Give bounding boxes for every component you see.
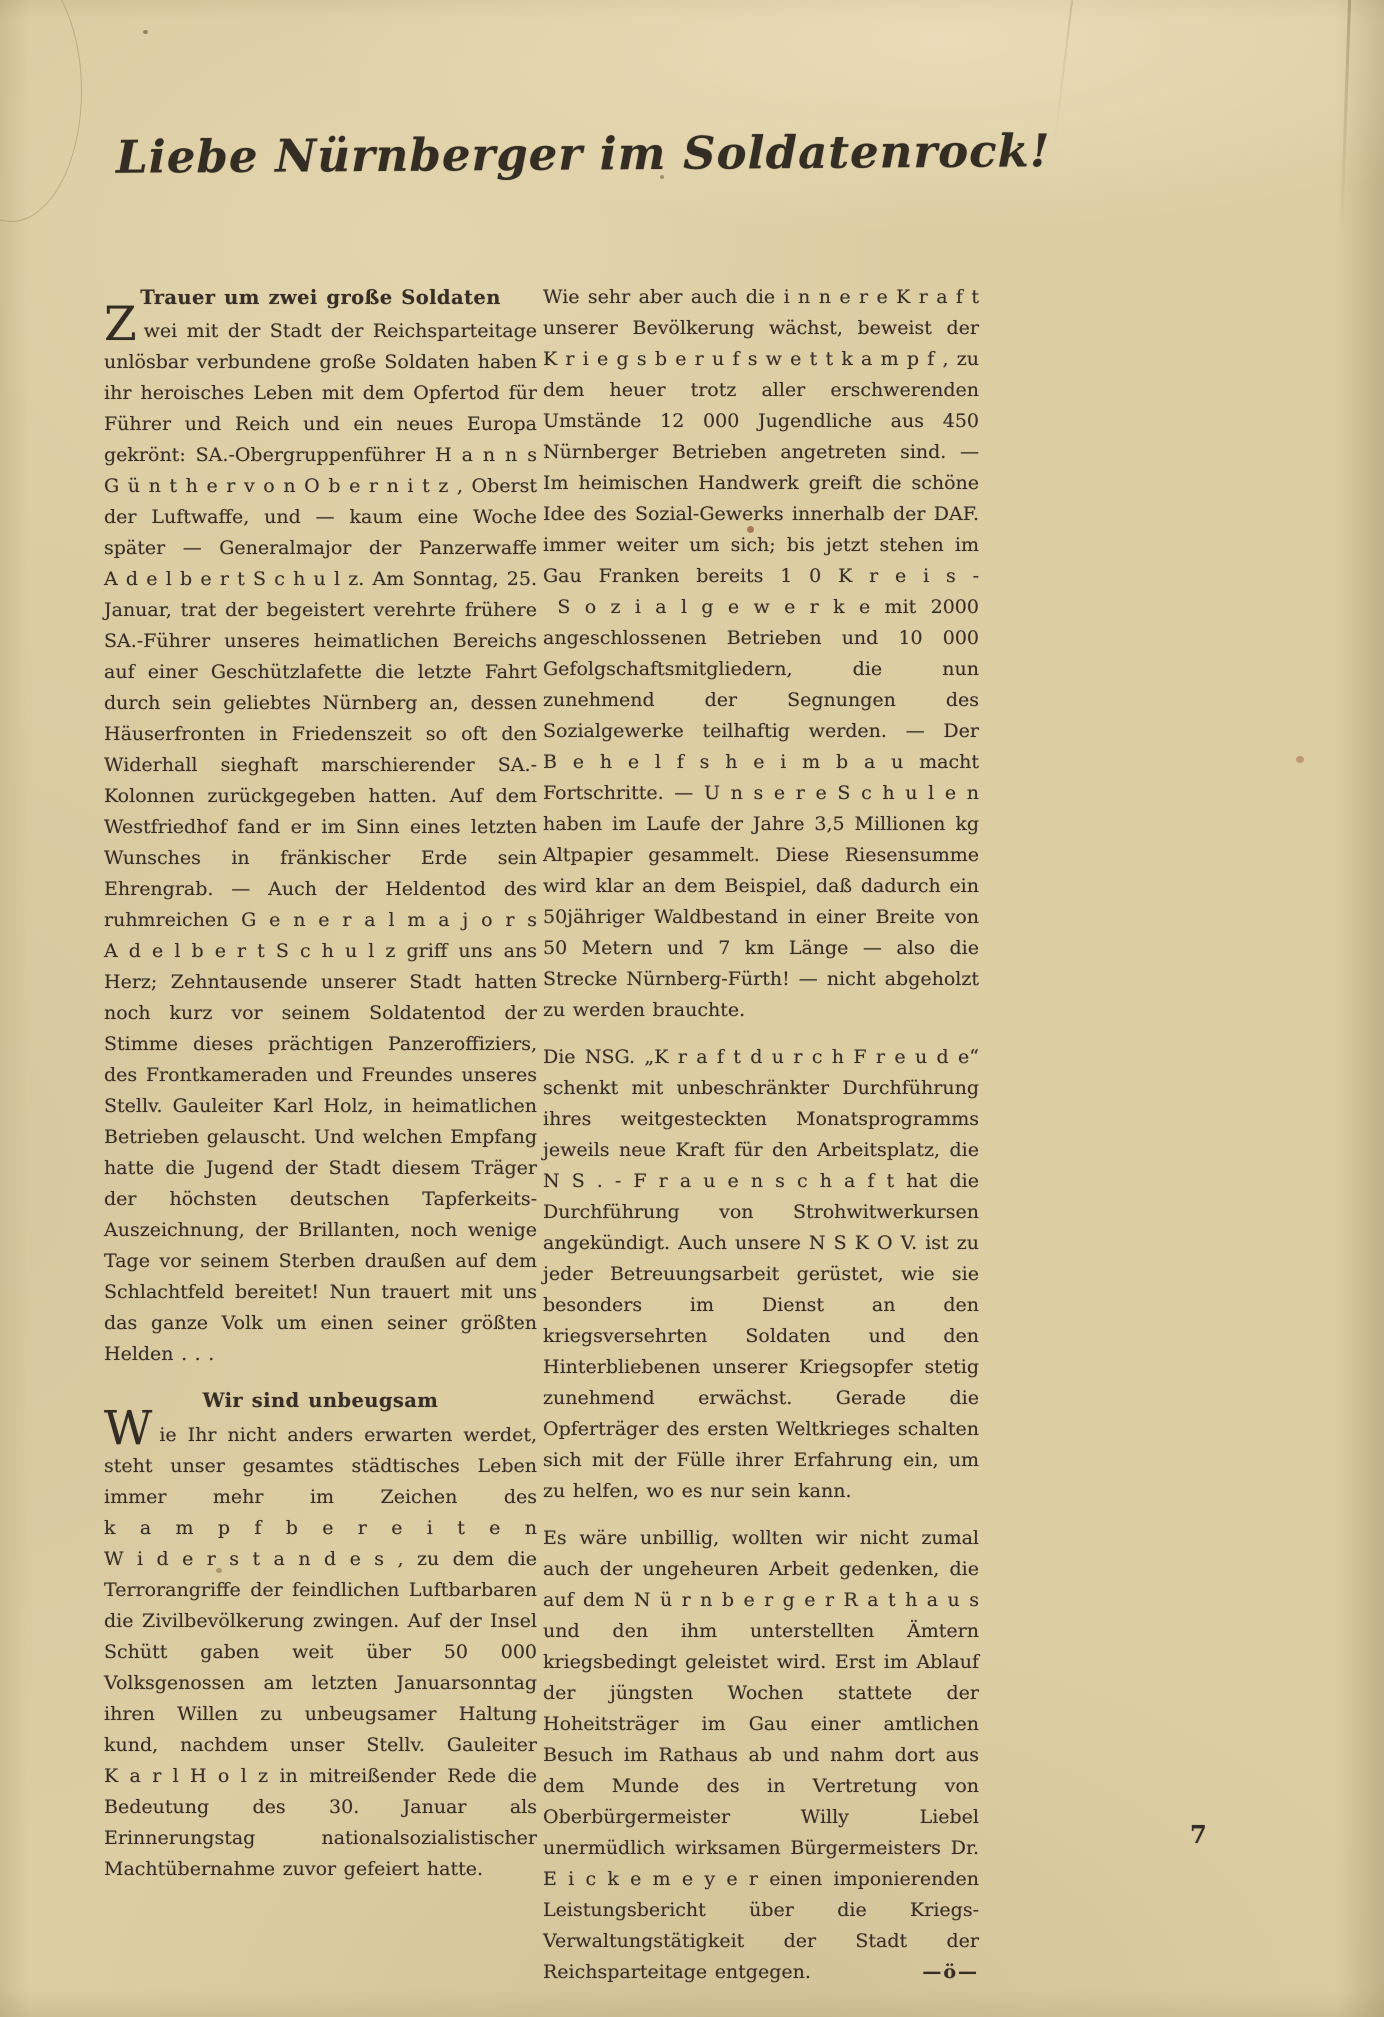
memorial-paragraph: Zwei mit der Stadt der Reichsparteitage … [104,316,537,1370]
paper-speck [143,30,148,34]
paper-speck [1296,756,1304,763]
section-heading-memorial: Trauer um zwei große Soldaten [104,282,537,313]
kdf-paragraph: Die NSG. „K r a f t d u r c h F r e u d … [543,1042,979,1507]
defiance-paragraph-text: ie Ihr nicht anders erwarten werdet, ste… [104,1424,537,1880]
paper-fold-arc [0,0,82,222]
right-column: Wie sehr aber auch die i n n e r e K r a… [543,282,979,1988]
defiance-paragraph: Wie Ihr nicht anders erwarten werdet, st… [104,1420,537,1885]
paper-crease [1340,0,1351,235]
left-column: Trauer um zwei große Soldaten Zwei mit d… [104,282,537,1885]
section-heading-defiance: Wir sind unbeugsam [104,1385,537,1416]
paper-crease [1053,0,1073,149]
page-title: Liebe Nürnberger im Soldatenrock! [116,125,906,184]
document-page: Liebe Nürnberger im Soldatenrock! Trauer… [0,0,1384,2017]
initial-letter-z: Z [104,309,144,340]
author-mark: —ö— [922,1957,979,1988]
memorial-paragraph-text: wei mit der Stadt der Reichsparteitage u… [104,320,537,1365]
rathaus-paragraph: Es wäre unbillig, wollten wir nicht zuma… [543,1523,979,1988]
page-number: 7 [1190,1820,1207,1849]
rathaus-paragraph-text: Es wäre unbillig, wollten wir nicht zuma… [543,1527,979,1983]
initial-letter-w: W [104,1413,159,1444]
home-front-paragraph-text: Wie sehr aber auch die i n n e r e K r a… [543,286,979,1021]
home-front-paragraph: Wie sehr aber auch die i n n e r e K r a… [543,282,979,1026]
kdf-paragraph-text: Die NSG. „K r a f t d u r c h F r e u d … [543,1046,979,1502]
